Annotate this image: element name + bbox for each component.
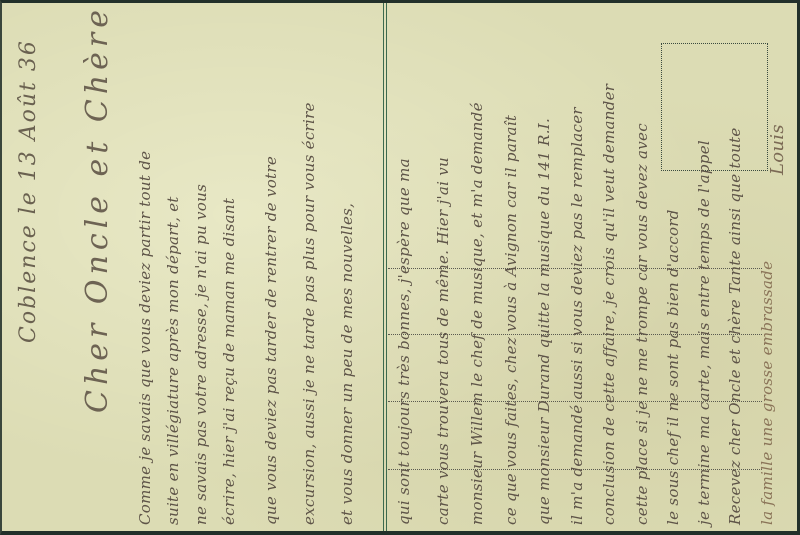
letter-line: suite en villégiature après mon départ, … [164, 196, 182, 525]
letter-line: il m'a demandé aussi si vous deviez pas … [568, 107, 586, 525]
stamp-box [661, 43, 768, 171]
letter-line: que monsieur Durand quitte la musique du… [535, 118, 553, 525]
letter-line: le sous chef il ne sont pas bien d'accor… [664, 209, 682, 525]
letter-line: ce que vous faites, chez vous à Avignon … [502, 115, 520, 525]
letter-line: écrire, hier j'ai reçu de maman me disan… [220, 198, 238, 525]
letter-line: et vous donner un peu de mes nouvelles, [338, 203, 356, 525]
letter-line: je termine ma carte, mais entre temps de… [695, 140, 713, 525]
letter-line: qui sont toujours très bonnes, j'espère … [395, 158, 413, 525]
greeting: Cher Oncle et Chère Tante [80, 0, 115, 413]
date-line: Coblence le 13 Août 36 [16, 39, 41, 343]
address-divider-line [383, 3, 384, 535]
letter-line: ne savais pas votre adresse, je n'ai pu … [192, 184, 210, 525]
letter-line: que vous deviez pas tarder de rentrer de… [262, 156, 280, 525]
address-divider-line-secondary [386, 3, 387, 535]
letter-line: carte vous trouvera tous de même. Hier j… [434, 157, 452, 525]
letter-line: cette place si je ne me trompe car vous … [633, 123, 651, 525]
letter-line: Comme je savais que vous deviez partir t… [136, 151, 154, 525]
letter-line: monsieur Willem le chef de musique, et m… [468, 102, 486, 525]
letter-line: conclusion de cette affaire, je crois qu… [600, 84, 618, 525]
letter-line: la famille une grosse embrassade [758, 261, 776, 525]
letter-line: Recevez cher Oncle et chère Tante ainsi … [726, 127, 744, 525]
postcard: Coblence le 13 Août 36 Cher Oncle et Chè… [0, 0, 800, 535]
signature: Louis [767, 124, 788, 175]
letter-line: excursion, aussi je ne tarde pas plus po… [300, 102, 318, 525]
